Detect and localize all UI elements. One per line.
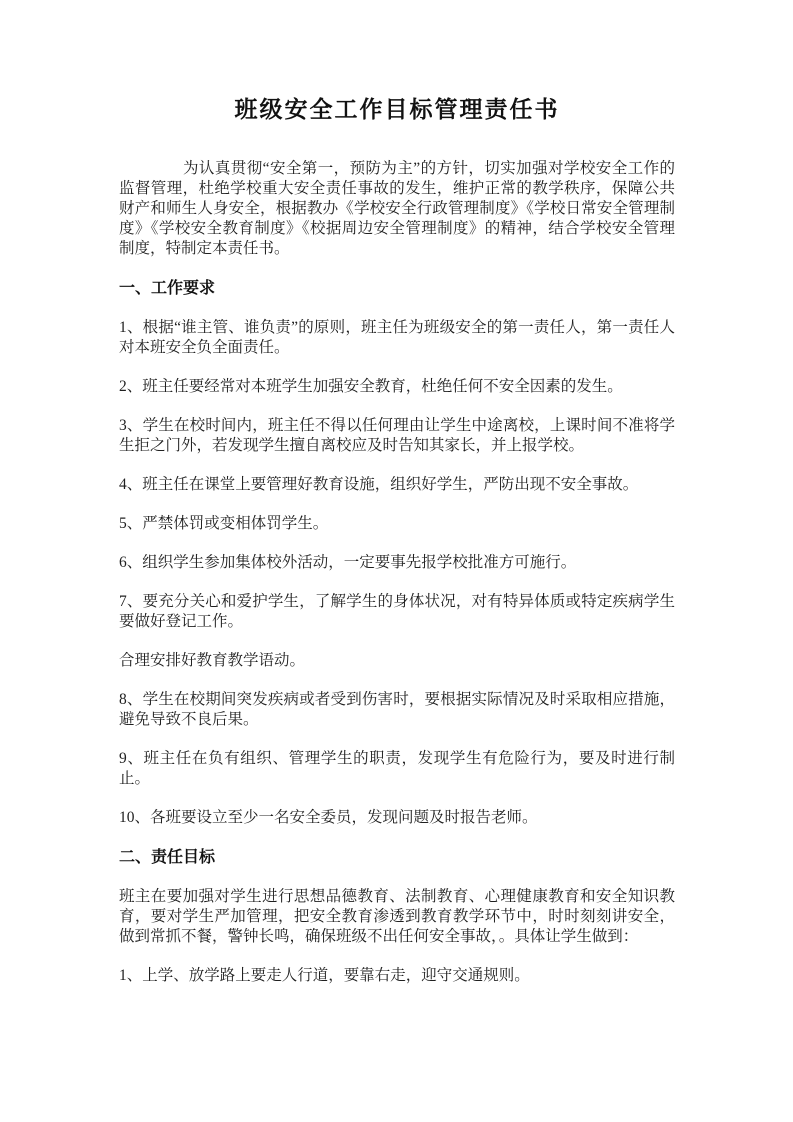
responsibility-paragraph: 班主在要加强对学生进行思想品德教育、法制教育、心理健康教育和安全知识教育，要对学…	[119, 887, 675, 947]
work-item-1: 1、根据“谁主管、谁负责”的原则，班主任为班级安全的第一责任人，第一责任人对本班…	[119, 318, 675, 358]
document-page: 班级安全工作目标管理责任书 为认真贯彻“安全第一，预防为主”的方针，切实加强对学…	[0, 0, 793, 1122]
intro-paragraph: 为认真贯彻“安全第一，预防为主”的方针，切实加强对学校安全工作的监督管理，杜绝学…	[119, 159, 675, 259]
work-item-note: 合理安排好教育教学语动。	[119, 651, 675, 671]
work-item-3: 3、学生在校时间内，班主任不得以任何理由让学生中途离校，上课时间不准将学生拒之门…	[119, 416, 675, 456]
work-item-6: 6、组织学生参加集体校外活动，一定要事先报学校批准方可施行。	[119, 553, 675, 573]
work-item-5: 5、严禁体罚或变相体罚学生。	[119, 514, 675, 534]
work-item-10: 10、各班要设立至少一名安全委员，发现问题及时报告老师。	[119, 808, 675, 828]
work-item-9: 9、班主任在负有组织、管理学生的职责，发现学生有危险行为，要及时进行制止。	[119, 749, 675, 789]
section1-heading: 一、工作要求	[119, 278, 675, 299]
responsibility-item-1: 1、上学、放学路上要走人行道，要靠右走，迎守交通规则。	[119, 966, 675, 986]
work-item-7: 7、要充分关心和爱护学生，了解学生的身体状况，对有特异体质或特定疾病学生要做好登…	[119, 592, 675, 632]
section2-heading: 二、责任目标	[119, 847, 675, 868]
work-item-4: 4、班主任在课堂上要管理好教育设施，组织好学生，严防出现不安全事故。	[119, 475, 675, 495]
work-item-2: 2、班主任要经常对本班学生加强安全教育，杜绝任何不安全因素的发生。	[119, 377, 675, 397]
work-item-8: 8、学生在校期间突发疾病或者受到伤害时，要根据实际情况及时采取相应措施，避免导致…	[119, 690, 675, 730]
document-title: 班级安全工作目标管理责任书	[119, 95, 675, 125]
